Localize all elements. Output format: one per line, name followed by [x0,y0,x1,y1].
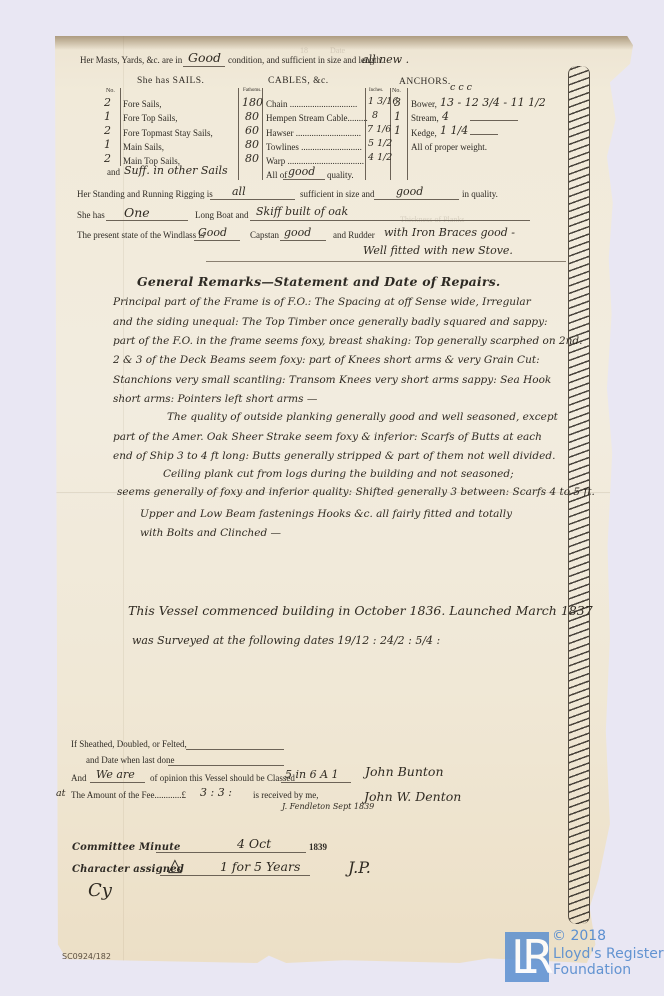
sail-label: Main Sails, [123,142,164,152]
capstan-label: Capstan [250,230,279,240]
character-triangle-symbol: △ [168,855,182,876]
rigging-underline [210,199,295,200]
sail-count: 2 [104,96,111,109]
anchor-label: Stream, [411,113,439,123]
fee-received: is received by me, [253,790,318,800]
masts-note: all new . [362,53,409,66]
build-history-line: This Vessel commenced building in Octobe… [128,603,593,618]
remarks-line: end of Ship 3 to 4 ft long: Butts genera… [113,450,555,462]
table-rule [120,88,121,166]
rigging-label: Her Standing and Running Rigging is [77,189,213,199]
remarks-line: with Bolts and Clinched — [140,527,281,539]
committee-minute-year: 1839 [309,842,327,852]
fee-amount: 3 : 3 : [200,786,232,799]
rigging-value-2: good [396,185,423,198]
cables-col-inches: Inches. [369,88,383,93]
cable-inches: 7 1/6 [367,124,391,135]
cables-quality-underline [283,179,325,180]
table-rule [365,88,366,180]
sail-count: 2 [104,124,111,137]
anchor-count: 1 [394,124,401,137]
anchors-col-no: No. [392,88,401,94]
rudder-value: with Iron Braces good - [384,226,515,239]
remarks-line: part of the F.O. in the frame seems foxy… [113,335,582,347]
boats-value-2: Skiff built of oak [256,205,348,218]
classification-middle: of opinion this Vessel should be Classed [150,773,295,783]
character-underline [160,875,310,876]
bleed-through-text: 18 Date [300,46,345,55]
sail-count: 1 [104,138,111,151]
rigging-value-1: all [232,185,246,198]
remarks-line: The quality of outside planking generall… [167,411,558,423]
rudder-note: Well fitted with new Stove. [363,244,513,257]
anchor-underline [470,134,498,135]
cable-fathoms: 80 [245,138,259,151]
fee-margin-mark: at [56,788,65,799]
rigging-underline [374,199,459,200]
table-rule [238,88,239,180]
classification-and-label: And [71,773,87,783]
cable-fathoms: 80 [245,152,259,165]
cable-label: Towlines ........................... [266,142,362,152]
cable-label: Hempen Stream Cable......... [266,113,368,123]
masts-underline [183,66,225,67]
anchor-weight: 1 1/4 [440,124,468,137]
survey-dates-line: was Surveyed at the following dates 19/1… [132,634,440,647]
masts-suffix: condition, and sufficient in size and le… [228,55,383,65]
cable-inches: 8 [372,110,378,121]
character-value: 1 for 5 Years [220,859,300,874]
class-value: 5 in 6 A 1 [285,768,339,781]
sail-label: Fore Sails, [123,99,162,109]
sail-count: 2 [104,152,111,165]
rigging-middle: sufficient in size and [300,189,375,199]
cables-heading: CABLES, &c. [268,76,329,86]
remarks-line: Upper and Low Beam fastenings Hooks &c. … [140,508,512,520]
cables-all-of-value: good [288,165,315,178]
lloyds-register-logo: L R [505,932,549,982]
sails-col-no: No. [106,88,115,94]
anchors-marks: c c c [450,82,472,93]
archive-reference: SC0924/182 [62,952,111,961]
remarks-line: seems generally of foxy and inferior qua… [117,486,595,498]
anchor-weight: 13 - 12 3/4 - 11 1/2 [440,96,546,109]
copyright-notice: © 2018 [552,928,606,944]
classification-we-are: We are [96,768,135,781]
committee-minute-date: 4 Oct [237,836,271,851]
sails-and-label: and [107,167,120,177]
boats-label: She has [77,210,105,220]
boats-underline [106,220,188,221]
sheathing-answer-line[interactable] [186,749,284,750]
remarks-heading: General Remarks—Statement and Date of Re… [137,274,500,289]
remarks-line: 2 & 3 of the Deck Beams seem foxy: part … [113,354,540,366]
masts-condition-value: Good [188,50,221,65]
rudder-label: and Rudder [333,230,375,240]
sheathing-question: If Sheathed, Doubled, or Felted, [71,739,187,749]
windlass-label: The present state of the Windlass is [77,230,204,240]
cable-label: Hawser ............................. [266,128,361,138]
section-divider [206,261,566,262]
watermark-org-line-2: Foundation [553,962,631,978]
cable-fathoms: 180 [242,96,263,109]
sail-label: Fore Topmast Stay Sails, [123,128,213,138]
fee-receipt-note: J. Fendleton Sept 1839 [282,802,374,811]
boats-middle: Long Boat and [195,210,249,220]
fee-signature: John W. Denton [364,789,461,804]
anchor-count: 3 [394,96,401,109]
remarks-line: Ceiling plank cut from logs during the b… [163,468,514,480]
anchor-label: Bower, [411,99,437,109]
anchor-weight: 4 [442,110,449,123]
remarks-line: part of the Amer. Oak Sheer Strake seem … [113,431,542,443]
last-done-question: and Date when last done [86,755,174,765]
boats-underline [250,220,530,221]
sails-and-value: Suff. in other Sails [124,164,228,177]
remarks-line: and the siding unequal: The Top Timber o… [113,316,548,328]
cable-fathoms: 60 [245,124,259,137]
logo-letter-r: R [522,932,554,982]
surveyor-signature: John Bunton [365,764,444,779]
anchors-heading: ANCHORS. [399,77,451,87]
watermark-org-line-1: Lloyd's Register [553,946,664,962]
cable-inches: 4 1/2 [368,152,392,163]
anchor-label: Kedge, [411,128,437,138]
anchors-footer: All of proper weight. [411,142,487,152]
cable-inches: 5 1/2 [368,138,392,149]
anchor-underline [470,120,518,121]
remarks-line: short arms: Pointers left short arms — [113,393,317,405]
classification-underline [90,782,145,783]
boats-value-1: One [124,205,150,220]
anchor-count: 1 [394,110,401,123]
sail-label: Fore Top Sails, [123,113,177,123]
sails-heading: She has SAILS. [137,76,204,86]
remarks-line: Stanchions very small scantling: Transom… [113,374,551,386]
capstan-underline [280,240,326,241]
committee-minute-underline [156,852,306,853]
cables-col-fathoms: Fathoms. [243,88,261,93]
windlass-underline [194,240,240,241]
cable-label: Chain .............................. [266,99,357,109]
class-underline [281,782,351,783]
fee-label: The Amount of the Fee............£ [71,790,186,800]
committee-initials: J.P. [348,858,371,877]
last-done-answer-line[interactable] [168,765,284,766]
rigging-suffix: in quality. [462,189,498,199]
capstan-value: good [284,226,311,239]
corner-mark: Cy [88,880,112,901]
cables-all-of-suffix: quality. [327,170,354,180]
masts-label: Her Masts, Yards, &c. are in [80,55,182,65]
sail-count: 1 [104,110,111,123]
remarks-line: Principal part of the Frame is of F.O.: … [113,296,531,308]
table-rule [407,88,408,180]
windlass-value: Good [198,226,227,239]
cable-fathoms: 80 [245,110,259,123]
